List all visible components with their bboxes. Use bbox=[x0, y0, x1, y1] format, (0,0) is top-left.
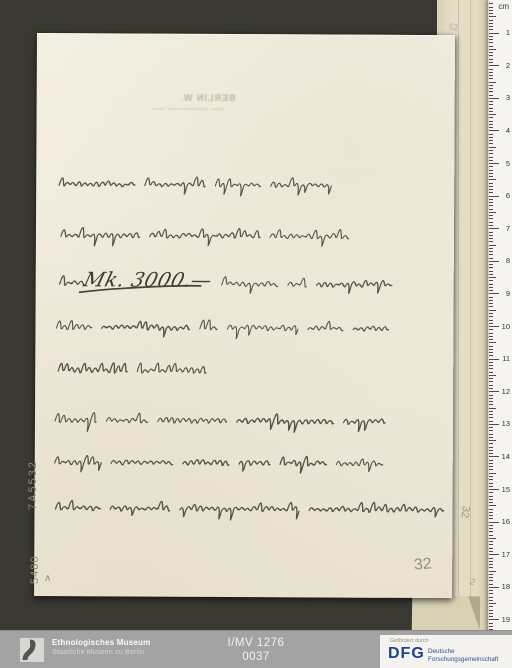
ruler-mm-tick bbox=[489, 7, 493, 8]
ruler-mm-tick bbox=[489, 404, 493, 405]
ruler-cm-label: 12 bbox=[496, 387, 510, 396]
ruler-mm-tick bbox=[489, 202, 493, 203]
handwriting-word bbox=[315, 280, 393, 293]
pencil-edge-mark-middle: 32 bbox=[458, 505, 471, 519]
ruler-mm-tick bbox=[489, 316, 493, 317]
backing-sheet-corner bbox=[412, 596, 480, 632]
ruler-cm-label: 10 bbox=[496, 322, 510, 331]
ruler-mm-tick bbox=[489, 241, 493, 242]
ruler-mm-tick bbox=[489, 362, 493, 363]
ruler-cm-label: 15 bbox=[496, 485, 510, 494]
ruler-mm-tick bbox=[489, 486, 493, 487]
ruler-mm-tick bbox=[489, 3, 493, 4]
handwriting-word bbox=[200, 320, 220, 330]
letter-page: BERLIN W. ▪▪▪▪ ▪▪▪▪▪▪▪▪▪▪▪▪▪ ▪▪▪▪ Mk. 30… bbox=[34, 33, 455, 598]
handwriting-word bbox=[100, 321, 191, 337]
museum-name: Ethnologisches Museum bbox=[52, 638, 150, 647]
ruler-mm-tick bbox=[489, 245, 496, 246]
ruler-mm-tick bbox=[489, 88, 493, 89]
ruler-mm-tick bbox=[489, 254, 493, 255]
ruler-mm-tick bbox=[489, 329, 493, 330]
ruler-mm-tick bbox=[489, 137, 493, 138]
ruler-mm-tick bbox=[489, 411, 493, 412]
handwriting-word bbox=[335, 459, 384, 472]
ruler-mm-tick bbox=[489, 499, 493, 500]
ruler-mm-tick bbox=[489, 580, 493, 581]
ruler-mm-tick bbox=[489, 567, 493, 568]
ruler-mm-tick bbox=[489, 388, 493, 389]
ruler-mm-tick bbox=[489, 157, 493, 158]
ruler-mm-tick bbox=[489, 626, 493, 627]
ruler-mm-tick bbox=[489, 381, 493, 382]
ruler-mm-tick bbox=[489, 469, 493, 470]
ruler-mm-tick bbox=[489, 564, 493, 565]
handwriting-word bbox=[308, 502, 445, 517]
pencil-page-number: 32 bbox=[413, 555, 432, 574]
ruler-mm-tick bbox=[489, 558, 493, 559]
ruler-mm-tick bbox=[489, 121, 493, 122]
ruler-mm-tick bbox=[489, 251, 493, 252]
ruler-mm-tick bbox=[489, 349, 493, 350]
ruler-mm-tick bbox=[489, 597, 493, 598]
handwriting-word bbox=[55, 501, 102, 511]
ruler-mm-tick bbox=[489, 176, 493, 177]
dfg-funding-box: Gefördert durch DFG Deutsche Forschungsg… bbox=[380, 635, 512, 668]
ruler-mm-tick bbox=[489, 421, 493, 422]
ruler-mm-tick bbox=[489, 352, 493, 353]
ruler-mm-tick bbox=[489, 336, 493, 337]
ruler-mm-tick bbox=[489, 59, 493, 60]
ruler-mm-tick bbox=[489, 492, 493, 493]
ruler-mm-tick bbox=[489, 111, 493, 112]
handwriting-word bbox=[235, 414, 336, 433]
ruler-mm-tick bbox=[489, 49, 496, 50]
ruler-mm-tick bbox=[489, 365, 493, 366]
ruler-mm-tick bbox=[489, 414, 493, 415]
ruler-mm-tick bbox=[489, 434, 493, 435]
ruler-mm-tick bbox=[489, 170, 493, 171]
ruler-mm-tick bbox=[489, 310, 496, 311]
ruler-mm-tick bbox=[489, 62, 493, 63]
ruler-mm-tick bbox=[489, 544, 493, 545]
inventory-number: I/MV 1276 bbox=[180, 637, 332, 649]
handwriting-word bbox=[106, 413, 150, 423]
ruler-mm-tick bbox=[489, 531, 493, 532]
ruler-cm-label: 17 bbox=[496, 550, 510, 559]
handwriting-word bbox=[308, 321, 345, 331]
ruler-mm-tick bbox=[489, 55, 493, 56]
dfg-funded-by-label: Gefördert durch bbox=[390, 638, 429, 644]
ruler-mm-tick bbox=[489, 29, 493, 30]
ruler-mm-tick bbox=[489, 515, 493, 516]
ruler-mm-tick bbox=[489, 134, 493, 135]
pencil-edge-mark-top: 52 bbox=[448, 22, 458, 32]
ruler-cm-label: 7 bbox=[496, 224, 510, 233]
ruler-mm-tick bbox=[489, 440, 496, 441]
ruler-mm-tick bbox=[489, 385, 493, 386]
ruler-mm-tick bbox=[489, 287, 493, 288]
ruler-mm-tick bbox=[489, 225, 493, 226]
ruler-mm-tick bbox=[489, 561, 493, 562]
ruler-mm-tick bbox=[489, 290, 493, 291]
ruler-mm-tick bbox=[489, 160, 493, 161]
ruler-mm-tick bbox=[489, 186, 493, 187]
museum-name-block: Ethnologisches Museum Staatliche Museen … bbox=[52, 638, 150, 656]
ruler-mm-tick bbox=[489, 20, 493, 21]
ruler-mm-tick bbox=[489, 303, 493, 304]
handwriting-word bbox=[178, 502, 301, 520]
handwriting-word bbox=[53, 412, 99, 431]
ruler-mm-tick bbox=[489, 443, 493, 444]
ruler-mm-tick bbox=[489, 264, 493, 265]
ruler-cm-label: 2 bbox=[496, 61, 510, 70]
ruler-mm-tick bbox=[489, 23, 493, 24]
ruler-mm-tick bbox=[489, 600, 493, 601]
ruler-mm-tick bbox=[489, 323, 493, 324]
ruler-cm-label: 19 bbox=[496, 615, 510, 624]
handwriting-layer: Mk. 3000.— bbox=[34, 33, 455, 598]
handwriting-word bbox=[225, 325, 298, 339]
handwriting-word bbox=[268, 229, 350, 246]
ruler-mm-tick bbox=[489, 313, 493, 314]
ruler-mm-tick bbox=[489, 69, 493, 70]
ruler-mm-tick bbox=[489, 300, 493, 301]
handwriting-word bbox=[220, 277, 280, 294]
handwriting-word bbox=[213, 179, 262, 196]
ruler-mm-tick bbox=[489, 610, 493, 611]
ruler-mm-tick bbox=[489, 496, 493, 497]
ruler-mm-tick bbox=[489, 525, 493, 526]
ruler-mm-tick bbox=[489, 616, 493, 617]
ruler-mm-tick bbox=[489, 104, 493, 105]
ruler-mm-tick bbox=[489, 101, 493, 102]
ruler-mm-tick bbox=[489, 153, 493, 154]
ruler-mm-tick bbox=[489, 603, 496, 604]
ruler-mm-tick bbox=[489, 505, 496, 506]
ruler-mm-tick bbox=[489, 189, 493, 190]
ruler-mm-tick bbox=[489, 16, 496, 17]
pencil-annotation-vertical-bottom: 5480 bbox=[29, 522, 41, 584]
ruler-mm-tick bbox=[489, 538, 496, 539]
ruler-mm-tick bbox=[489, 333, 493, 334]
paper-crease bbox=[470, 0, 471, 631]
ruler-mm-tick bbox=[489, 368, 493, 369]
ruler-mm-tick bbox=[489, 606, 493, 607]
handwriting-strokes bbox=[52, 176, 447, 521]
inventory-block: I/MV 1276 0037 bbox=[180, 637, 332, 663]
ruler-mm-tick bbox=[489, 430, 493, 431]
handwriting-word bbox=[269, 178, 333, 196]
ruler-mm-tick bbox=[489, 479, 493, 480]
handwriting-word bbox=[158, 418, 228, 424]
ruler-mm-tick bbox=[489, 150, 493, 151]
ruler-mm-tick bbox=[489, 205, 493, 206]
ruler-mm-tick bbox=[489, 117, 493, 118]
ruler-mm-tick bbox=[489, 271, 493, 272]
handwriting-word bbox=[143, 177, 207, 194]
ruler-mm-tick bbox=[489, 248, 493, 249]
ruler-mm-tick bbox=[489, 258, 493, 259]
scan-viewport: BERLIN W. ▪▪▪▪ ▪▪▪▪▪▪▪▪▪▪▪▪▪ ▪▪▪▪ Mk. 30… bbox=[0, 0, 512, 668]
ruler-mm-tick bbox=[489, 235, 493, 236]
ruler-mm-tick bbox=[489, 483, 493, 484]
ruler-mm-tick bbox=[489, 39, 493, 40]
ruler-mm-tick bbox=[489, 199, 493, 200]
ruler-mm-tick bbox=[489, 10, 493, 11]
ruler-mm-tick bbox=[489, 72, 493, 73]
handwriting-word bbox=[111, 460, 174, 465]
ruler-mm-tick bbox=[489, 85, 493, 86]
ruler-mm-tick bbox=[489, 535, 493, 536]
ruler-mm-tick bbox=[489, 541, 493, 542]
ruler-mm-tick bbox=[489, 408, 496, 409]
ruler-mm-tick bbox=[489, 232, 493, 233]
ruler-mm-tick bbox=[489, 192, 493, 193]
ruler-mm-tick bbox=[489, 108, 493, 109]
museum-subtitle: Staatliche Museen zu Berlin bbox=[52, 649, 150, 656]
ruler-mm-tick bbox=[489, 267, 493, 268]
ruler-mm-tick bbox=[489, 280, 493, 281]
ruler-mm-tick bbox=[489, 78, 493, 79]
ruler-mm-tick bbox=[489, 613, 493, 614]
handwriting-word bbox=[342, 419, 386, 432]
provenance-footer-bar: Ethnologisches Museum Staatliche Museen … bbox=[0, 630, 512, 668]
ruler-mm-tick bbox=[489, 551, 493, 552]
ruler-mm-tick bbox=[489, 571, 496, 572]
ruler-mm-tick bbox=[489, 339, 493, 340]
ruler-cm-label: 9 bbox=[496, 289, 510, 298]
ruler-mm-tick bbox=[489, 183, 493, 184]
ruler-cm-label: 6 bbox=[496, 191, 510, 200]
ruler-mm-tick bbox=[489, 437, 493, 438]
ruler-cm-label: 4 bbox=[496, 126, 510, 135]
ruler-mm-tick bbox=[489, 509, 493, 510]
ruler-mm-tick bbox=[489, 401, 493, 402]
ruler-mm-tick bbox=[489, 427, 493, 428]
handwriting-word bbox=[278, 456, 328, 473]
ruler-mm-tick bbox=[489, 574, 493, 575]
ruler-mm-tick bbox=[489, 209, 493, 210]
ruler-cm-label: 16 bbox=[496, 517, 510, 526]
ruler-mm-tick bbox=[489, 277, 496, 278]
handwriting-word bbox=[58, 363, 129, 373]
dfg-name: Deutsche Forschungsgemeinschaft bbox=[428, 648, 498, 663]
dfg-logo: DFG bbox=[388, 645, 425, 663]
ruler-mm-tick bbox=[489, 52, 493, 53]
ruler-mm-tick bbox=[489, 179, 496, 180]
ruler-mm-tick bbox=[489, 590, 493, 591]
ruler-cm-label: 5 bbox=[496, 159, 510, 168]
handwriting-word bbox=[53, 455, 103, 471]
ruler-mm-tick bbox=[489, 140, 493, 141]
ruler-mm-tick bbox=[489, 584, 493, 585]
ruler-mm-tick bbox=[489, 127, 493, 128]
ruler-mm-tick bbox=[489, 453, 493, 454]
handwriting-word bbox=[183, 460, 230, 466]
ruler-mm-tick bbox=[489, 274, 493, 275]
handwriting-word bbox=[353, 326, 389, 331]
ruler-mm-tick bbox=[489, 36, 493, 37]
handwriting-word bbox=[56, 320, 93, 329]
ruler-mm-tick bbox=[489, 342, 496, 343]
ruler-cm-label: 14 bbox=[496, 452, 510, 461]
ruler-mm-tick bbox=[489, 623, 493, 624]
handwriting-word bbox=[288, 278, 309, 287]
handwriting-word bbox=[137, 363, 208, 373]
ruler-mm-tick bbox=[489, 222, 493, 223]
ruler-unit-label: cm bbox=[498, 2, 509, 11]
ruler-mm-tick bbox=[489, 417, 493, 418]
ruler-mm-tick bbox=[489, 355, 493, 356]
ruler-mm-tick bbox=[489, 375, 496, 376]
ruler-mm-tick bbox=[489, 46, 493, 47]
sheet-number: 0037 bbox=[180, 651, 332, 663]
ruler-mm-tick bbox=[489, 26, 493, 27]
ruler-mm-tick bbox=[489, 320, 493, 321]
handwriting-word bbox=[59, 227, 142, 246]
ruler-mm-tick bbox=[489, 212, 496, 213]
ruler-mm-tick bbox=[489, 460, 493, 461]
museum-logo-icon bbox=[20, 638, 44, 662]
ruler-mm-tick bbox=[489, 466, 493, 467]
handwriting-word bbox=[59, 178, 136, 187]
ruler-mm-tick bbox=[489, 147, 496, 148]
ruler-cm-label: 1 bbox=[496, 28, 510, 37]
ruler-mm-tick bbox=[489, 577, 493, 578]
ruler-mm-tick bbox=[489, 173, 493, 174]
measuring-ruler: cm 12345678910111213141516171819 bbox=[488, 0, 512, 634]
ruler-mm-tick bbox=[489, 502, 493, 503]
ruler-mm-tick bbox=[489, 548, 493, 549]
ruler-mm-tick bbox=[489, 346, 493, 347]
ruler-mm-tick bbox=[489, 284, 493, 285]
ruler-mm-tick bbox=[489, 450, 493, 451]
ruler-mm-tick bbox=[489, 593, 493, 594]
ruler-mm-tick bbox=[489, 512, 493, 513]
pencil-caret-mark: ∧ bbox=[44, 573, 51, 584]
ruler-mm-tick bbox=[489, 398, 493, 399]
ruler-mm-tick bbox=[489, 395, 493, 396]
ruler-mm-tick bbox=[489, 463, 493, 464]
ruler-mm-tick bbox=[489, 82, 496, 83]
ruler-cm-label: 13 bbox=[496, 419, 510, 428]
ruler-mm-tick bbox=[489, 447, 493, 448]
handwriting-word bbox=[238, 461, 271, 471]
ruler-mm-tick bbox=[489, 218, 493, 219]
ruler-mm-tick bbox=[489, 91, 493, 92]
ruler-mm-tick bbox=[489, 143, 493, 144]
ruler-mm-tick bbox=[489, 238, 493, 239]
ruler-mm-tick bbox=[489, 13, 493, 14]
ruler-mm-tick bbox=[489, 476, 493, 477]
ruler-mm-tick bbox=[489, 114, 496, 115]
ruler-cm-label: 8 bbox=[496, 256, 510, 265]
ruler-mm-tick bbox=[489, 75, 493, 76]
ruler-mm-tick bbox=[489, 518, 493, 519]
dfg-name-line1: Deutsche bbox=[428, 648, 498, 656]
ruler-cm-label: 11 bbox=[496, 354, 510, 363]
handwriting-word bbox=[109, 501, 172, 515]
amount-text: Mk. 3000.— bbox=[80, 268, 215, 292]
ruler-mm-tick bbox=[489, 215, 493, 216]
museum-wave-icon bbox=[20, 638, 44, 662]
ruler-mm-tick bbox=[489, 378, 493, 379]
dfg-name-line2: Forschungsgemeinschaft bbox=[428, 656, 498, 664]
pencil-annotation-vertical-top: 7A5532 bbox=[27, 424, 39, 510]
ruler-cm-label: 18 bbox=[496, 582, 510, 591]
ruler-mm-tick bbox=[489, 95, 493, 96]
handwriting-word bbox=[148, 228, 262, 246]
ruler-mm-tick bbox=[489, 166, 493, 167]
ruler-mm-tick bbox=[489, 306, 493, 307]
ruler-cm-label: 3 bbox=[496, 93, 510, 102]
ruler-mm-tick bbox=[489, 528, 493, 529]
ruler-mm-tick bbox=[489, 473, 496, 474]
ruler-mm-tick bbox=[489, 124, 493, 125]
paper-crease bbox=[458, 0, 459, 631]
ruler-mm-tick bbox=[489, 372, 493, 373]
ruler-mm-tick bbox=[489, 42, 493, 43]
ruler-mm-tick bbox=[489, 297, 493, 298]
